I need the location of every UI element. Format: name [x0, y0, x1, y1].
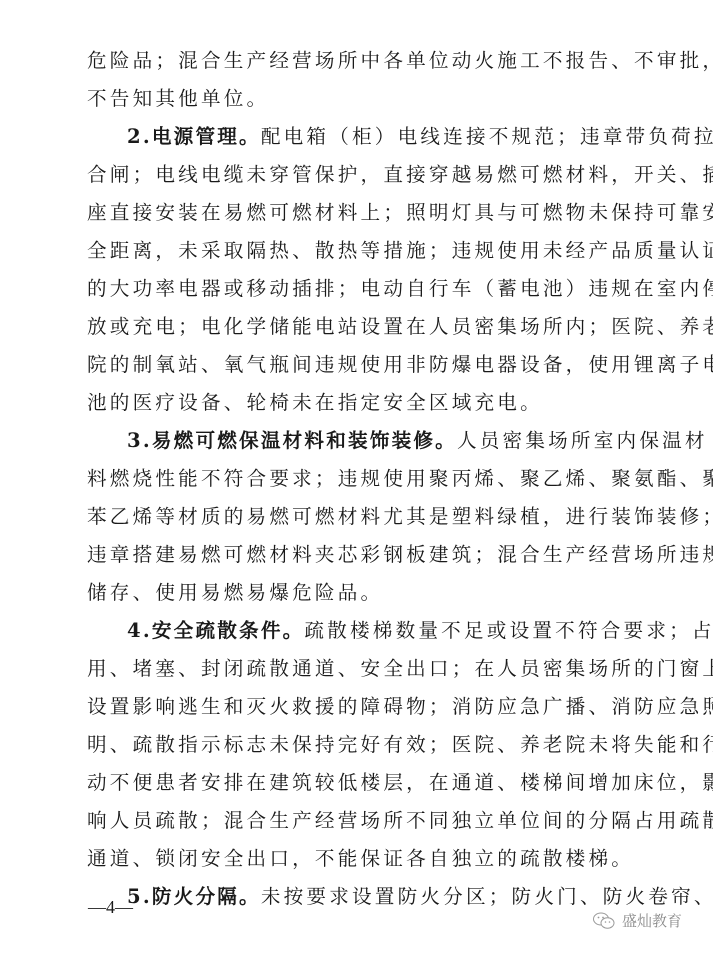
text-line: 危险品；混合生产经营场所中各单位动火施工不报告、不审批， — [87, 42, 647, 80]
watermark: 盛灿教育 — [592, 910, 682, 931]
line-text: 不告知其他单位。 — [87, 87, 269, 110]
text-line: 院的制氧站、氧气瓶间违规使用非防爆电器设备，使用锂离子电 — [87, 346, 647, 384]
document-page: 危险品；混合生产经营场所中各单位动火施工不报告、不审批， 不告知其他单位。 2.… — [0, 0, 713, 955]
line-text: 危险品；混合生产经营场所中各单位动火施工不报告、不审批， — [87, 49, 713, 72]
text-line: 池的医疗设备、轮椅未在指定安全区域充电。 — [87, 384, 647, 422]
text-line: 用、堵塞、封闭疏散通道、安全出口；在人员密集场所的门窗上 — [87, 650, 647, 688]
text-line: 不告知其他单位。 — [87, 80, 647, 118]
section-4-first-line: 4.安全疏散条件。疏散楼梯数量不足或设置不符合要求；占 — [87, 612, 647, 650]
line-text: 合闸；电线电缆未穿管保护，直接穿越易燃可燃材料，开关、插 — [87, 163, 713, 186]
text-line: 储存、使用易燃易爆危险品。 — [87, 574, 647, 612]
line-text: 储存、使用易燃易爆危险品。 — [87, 581, 383, 604]
text-line: 放或充电；电化学储能电站设置在人员密集场所内；医院、养老 — [87, 308, 647, 346]
line-text: 违章搭建易燃可燃材料夹芯彩钢板建筑；混合生产经营场所违规 — [87, 543, 713, 566]
text-line: 的大功率电器或移动插排；电动自行车（蓄电池）违规在室内停 — [87, 270, 647, 308]
line-text: 响人员疏散；混合生产经营场所不同独立单位间的分隔占用疏散 — [87, 809, 713, 832]
text-line: 座直接安装在易燃可燃材料上；照明灯具与可燃物未保持可靠安 — [87, 194, 647, 232]
document-body: 危险品；混合生产经营场所中各单位动火施工不报告、不审批， 不告知其他单位。 2.… — [87, 42, 647, 916]
line-text: 设置影响逃生和灭火救援的障碍物；消防应急广播、消防应急照 — [87, 695, 713, 718]
line-text: 动不便患者安排在建筑较低楼层，在通道、楼梯间增加床位，影 — [87, 771, 713, 794]
text-line: 合闸；电线电缆未穿管保护，直接穿越易燃可燃材料，开关、插 — [87, 156, 647, 194]
section-3-first-line: 3.易燃可燃保温材料和装饰装修。人员密集场所室内保温材 — [87, 422, 647, 460]
text-line: 设置影响逃生和灭火救援的障碍物；消防应急广播、消防应急照 — [87, 688, 647, 726]
line-text: 料燃烧性能不符合要求；违规使用聚丙烯、聚乙烯、聚氨酯、聚 — [87, 467, 713, 490]
section-5-first-line: 5.防火分隔。未按要求设置防火分区；防火门、防火卷帘、 — [87, 878, 647, 916]
line-text: 放或充电；电化学储能电站设置在人员密集场所内；医院、养老 — [87, 315, 713, 338]
section-heading: 5.防火分隔。 — [127, 885, 261, 908]
line-text: 全距离，未采取隔热、散热等措施；违规使用未经产品质量认证 — [87, 239, 713, 262]
section-heading: 3.易燃可燃保温材料和装饰装修。 — [127, 429, 457, 452]
section-heading: 4.安全疏散条件。 — [127, 619, 304, 642]
watermark-text: 盛灿教育 — [622, 910, 682, 931]
line-text: 配电箱（柜）电线连接不规范；违章带负荷拉、 — [261, 125, 713, 148]
text-line: 动不便患者安排在建筑较低楼层，在通道、楼梯间增加床位，影 — [87, 764, 647, 802]
line-text: 池的医疗设备、轮椅未在指定安全区域充电。 — [87, 391, 543, 414]
text-line: 明、疏散指示标志未保持完好有效；医院、养老院未将失能和行 — [87, 726, 647, 764]
line-text: 的大功率电器或移动插排；电动自行车（蓄电池）违规在室内停 — [87, 277, 713, 300]
text-line: 通道、锁闭安全出口，不能保证各自独立的疏散楼梯。 — [87, 840, 647, 878]
line-text: 疏散楼梯数量不足或设置不符合要求；占 — [304, 619, 713, 642]
section-heading: 2.电源管理。 — [127, 125, 261, 148]
line-text: 院的制氧站、氧气瓶间违规使用非防爆电器设备，使用锂离子电 — [87, 353, 713, 376]
line-text: 座直接安装在易燃可燃材料上；照明灯具与可燃物未保持可靠安 — [87, 201, 713, 224]
line-text: 明、疏散指示标志未保持完好有效；医院、养老院未将失能和行 — [87, 733, 713, 756]
line-text: 通道、锁闭安全出口，不能保证各自独立的疏散楼梯。 — [87, 847, 634, 870]
text-line: 苯乙烯等材质的易燃可燃材料尤其是塑料绿植，进行装饰装修； — [87, 498, 647, 536]
wechat-icon — [592, 911, 616, 931]
section-2-first-line: 2.电源管理。配电箱（柜）电线连接不规范；违章带负荷拉、 — [87, 118, 647, 156]
text-line: 响人员疏散；混合生产经营场所不同独立单位间的分隔占用疏散 — [87, 802, 647, 840]
page-number: —4— — [88, 897, 133, 918]
line-text: 人员密集场所室内保温材 — [457, 429, 708, 452]
line-text: 苯乙烯等材质的易燃可燃材料尤其是塑料绿植，进行装饰装修； — [87, 505, 713, 528]
line-text: 未按要求设置防火分区；防火门、防火卷帘、 — [261, 885, 713, 908]
text-line: 料燃烧性能不符合要求；违规使用聚丙烯、聚乙烯、聚氨酯、聚 — [87, 460, 647, 498]
text-line: 全距离，未采取隔热、散热等措施；违规使用未经产品质量认证 — [87, 232, 647, 270]
text-line: 违章搭建易燃可燃材料夹芯彩钢板建筑；混合生产经营场所违规 — [87, 536, 647, 574]
line-text: 用、堵塞、封闭疏散通道、安全出口；在人员密集场所的门窗上 — [87, 657, 713, 680]
